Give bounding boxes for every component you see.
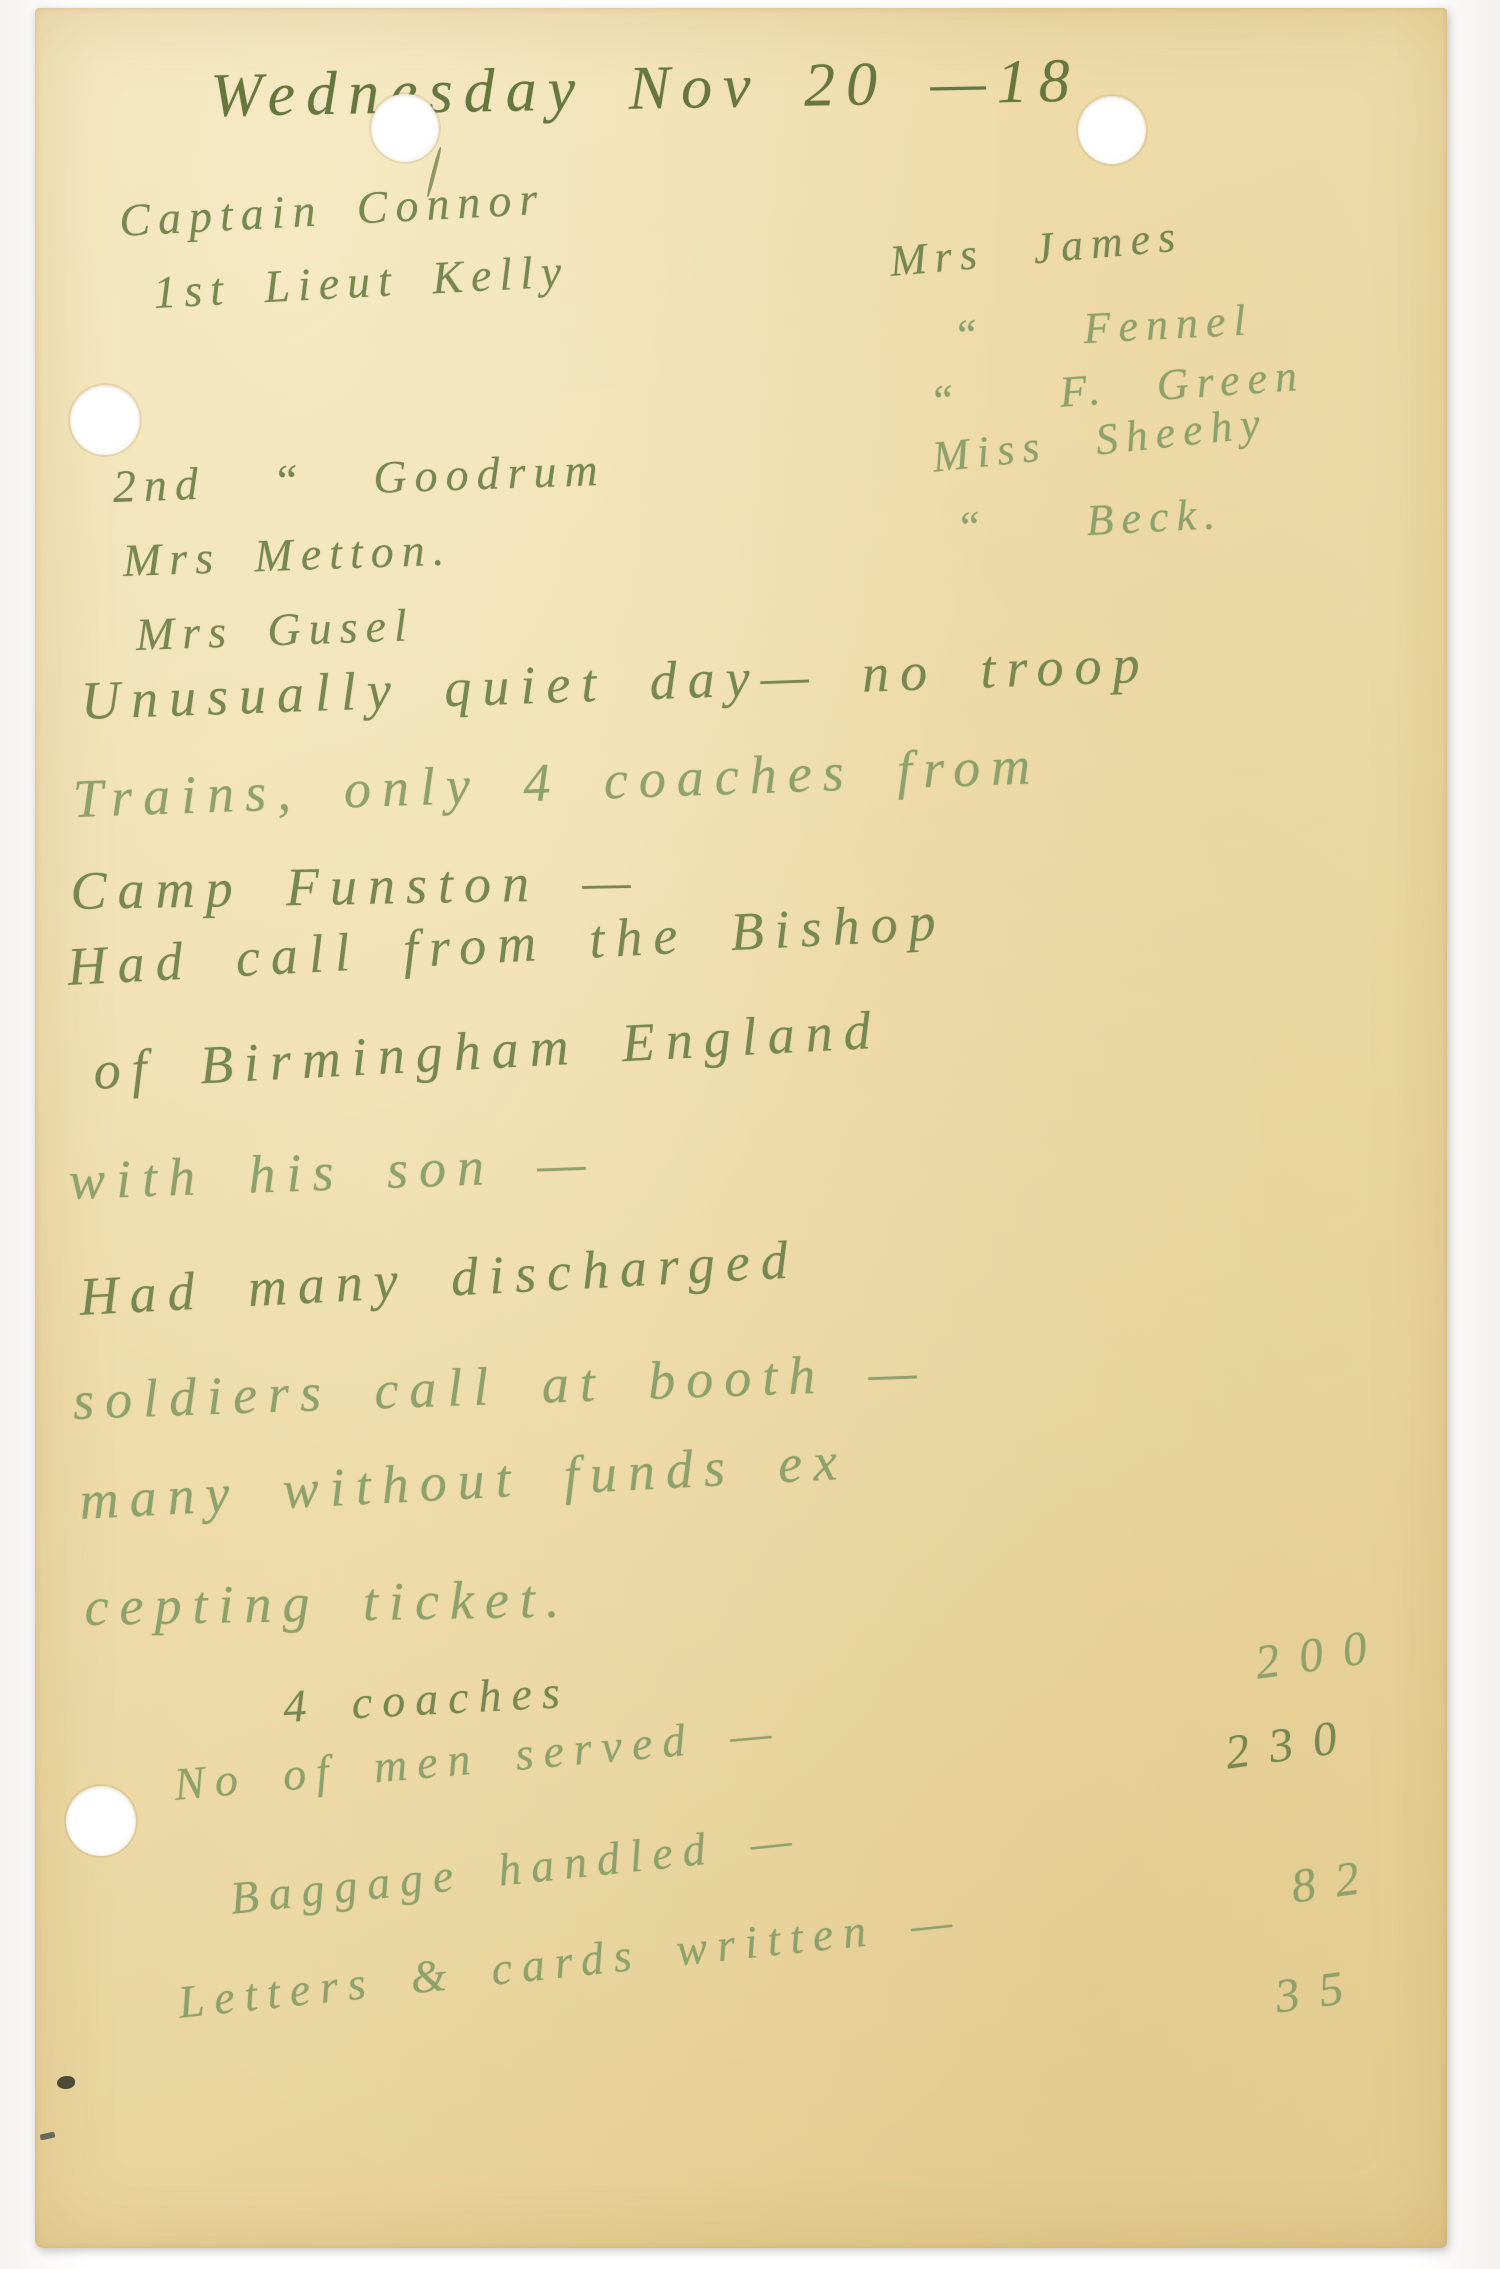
ink-blot	[57, 2076, 75, 2089]
roster-left-line: Mrs Gusel	[135, 600, 416, 660]
body-line: cepting ticket.	[84, 1570, 571, 1638]
hole-punch-left-lower	[66, 1786, 136, 1856]
hole-punch-left-upper	[70, 385, 140, 455]
hole-punch-top-center	[371, 94, 439, 162]
document-scan: Wednesday Nov 20 —18 Captain Connor 1st …	[0, 0, 1500, 2269]
hole-punch-top-right	[1078, 96, 1146, 164]
